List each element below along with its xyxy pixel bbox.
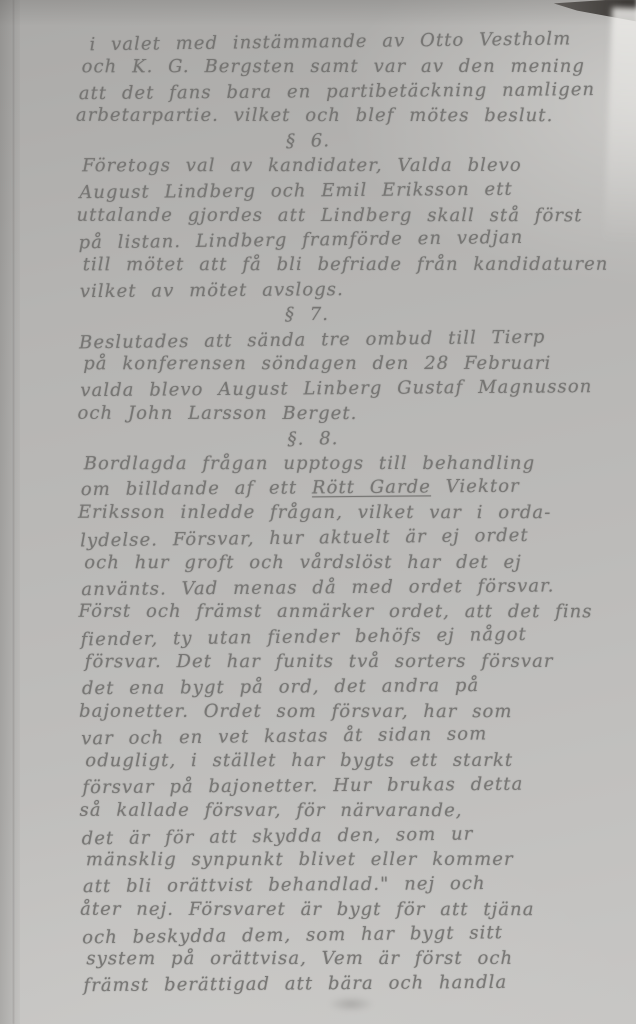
section-mark: § 7. bbox=[77, 303, 622, 328]
handwritten-line: om billdande af ett Rött Garde Viektor bbox=[81, 474, 626, 503]
handwritten-line: och K. G. Bergsten samt var av den menin… bbox=[82, 55, 627, 80]
handwritten-line: valda blevo August Linberg Gustaf Magnus… bbox=[80, 375, 625, 404]
handwritten-line: system på orättvisa, Vem är först och bbox=[86, 947, 631, 972]
handwritten-line: fiender, ty utan fiender behöfs ej något bbox=[81, 622, 626, 653]
handwritten-line: var och en vet kastas åt sidan som bbox=[81, 721, 626, 752]
handwritten-line: att det fans bara en partibetäckning nam… bbox=[79, 77, 624, 106]
page-left-edge bbox=[0, 0, 20, 1024]
handwritten-line: på konferensen söndagen den 28 Februari bbox=[83, 352, 628, 377]
page-left-margin-line bbox=[13, 0, 14, 1024]
underlined-phrase: Rött Garde bbox=[312, 477, 431, 499]
handwritten-line: så kallade försvar, för närvarande, bbox=[80, 798, 625, 823]
handwritten-line: i valet med instämmande av Otto Vestholm bbox=[89, 27, 622, 58]
section-mark: § 6. bbox=[78, 126, 623, 157]
handwritten-line: odugligt, i stället har bygts ett starkt bbox=[85, 749, 630, 774]
handwritten-line: använts. Vad menas då med ordet försvar. bbox=[81, 573, 626, 602]
handwritten-line: att bli orättvist behandlad." nej och bbox=[83, 871, 628, 900]
handwritten-line: åter nej. Försvaret är bygt för att tjän… bbox=[80, 898, 625, 923]
page-top-shadow bbox=[0, 0, 636, 26]
handwritten-line: Bordlagda frågan upptogs till behandling bbox=[84, 451, 629, 476]
manuscript-text: i valet med instämmande av Otto Vestholm… bbox=[77, 29, 627, 999]
handwritten-line: till mötet att få bli befriade från kand… bbox=[83, 253, 628, 278]
handwritten-line: lydelse. Försvar, hur aktuelt är ej orde… bbox=[80, 523, 625, 554]
handwritten-line: och John Larsson Berget. bbox=[77, 402, 622, 427]
section-mark: §. 8. bbox=[79, 423, 624, 454]
handwritten-line: och hur groft och vårdslöst har det ej bbox=[84, 550, 629, 575]
handwritten-line: främst berättigad att bära och handla bbox=[83, 970, 628, 999]
handwritten-line: Företogs val av kandidater, Valda blevo bbox=[82, 154, 627, 179]
handwritten-line: på listan. Lindberg framförde en vedjan bbox=[78, 225, 623, 256]
handwritten-line: arbetarpartie. vilket och blef mötes bes… bbox=[76, 104, 621, 129]
handwritten-line: försvar. Det har funits två sorters förs… bbox=[85, 650, 630, 675]
ink-smudge bbox=[328, 996, 374, 1012]
handwritten-line: Först och främst anmärker ordet, att det… bbox=[79, 600, 624, 625]
manuscript-page: i valet med instämmande av Otto Vestholm… bbox=[0, 0, 636, 1024]
handwritten-line: August Lindberg och Emil Eriksson ett bbox=[79, 177, 624, 206]
handwritten-line: försvar på bajonetter. Hur brukas detta bbox=[82, 772, 627, 801]
handwritten-line: mänsklig synpunkt blivet eller kommer bbox=[86, 848, 631, 873]
handwritten-line: vilket av mötet avslogs. bbox=[80, 276, 625, 305]
handwritten-line: det ena bygt på ord, det andra på bbox=[82, 673, 627, 702]
handwritten-line: Eriksson inledde frågan, vilket var i or… bbox=[78, 501, 623, 526]
